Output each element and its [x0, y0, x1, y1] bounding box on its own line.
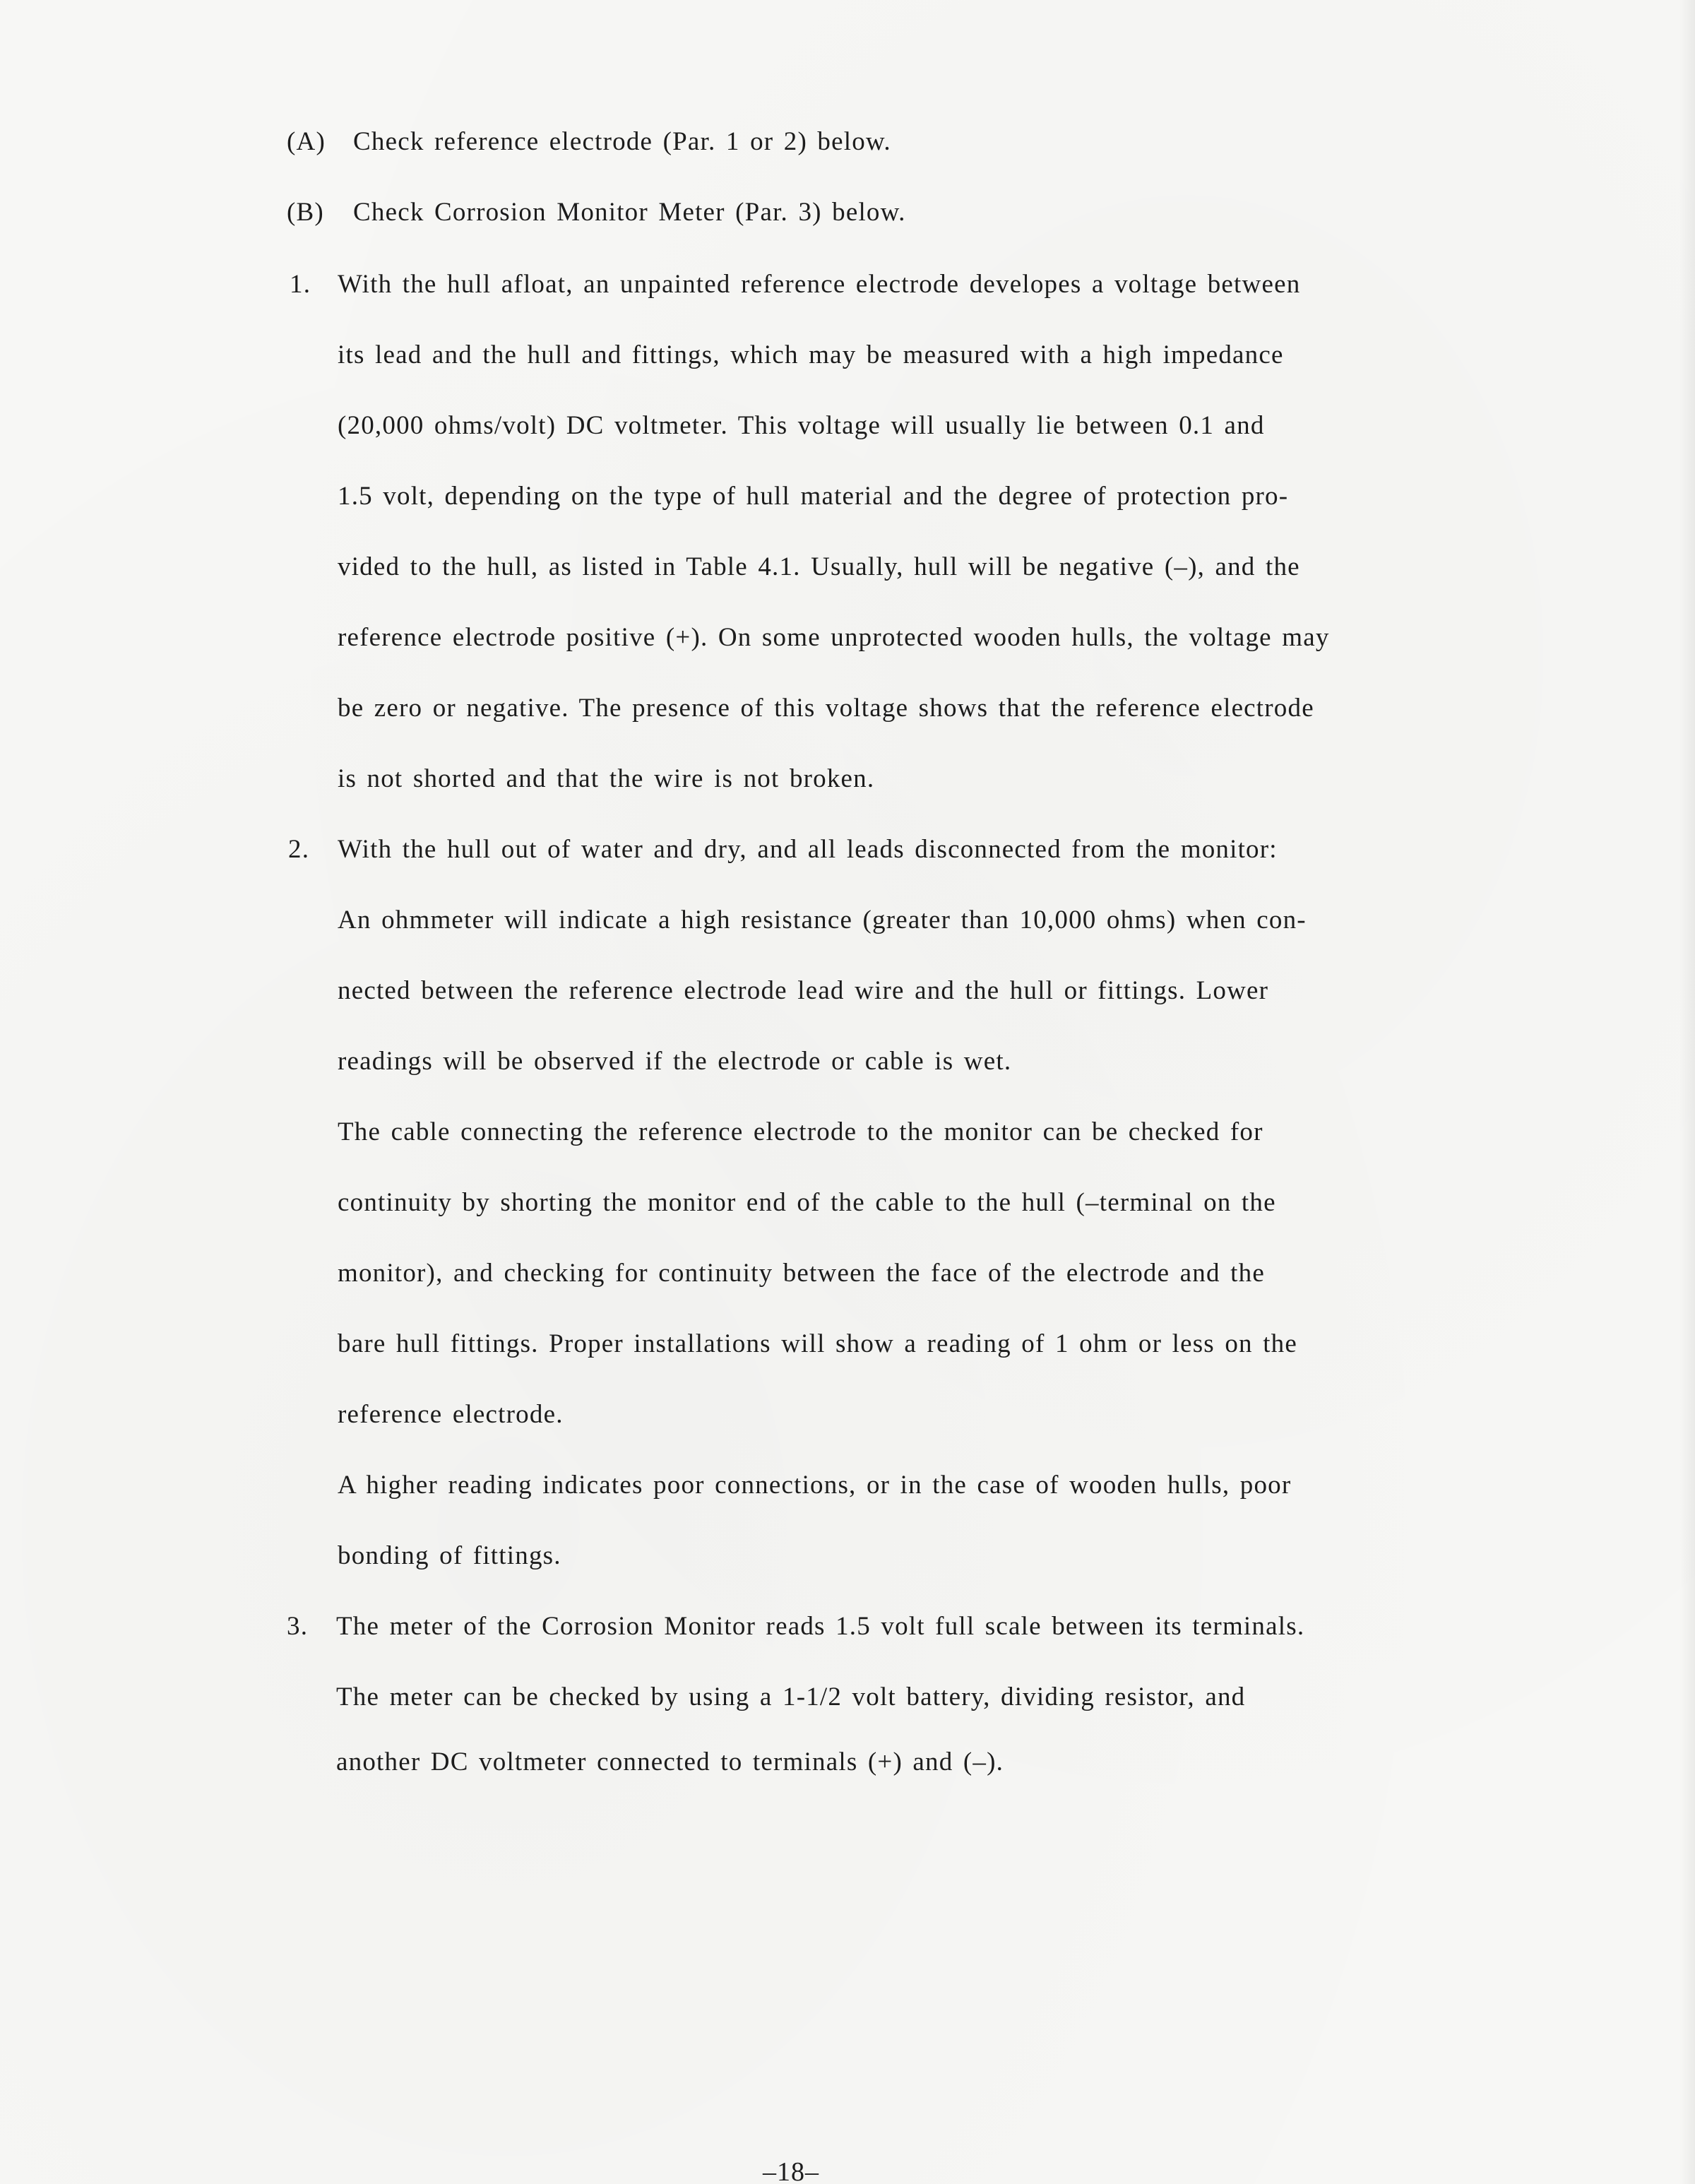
item-2-line: bonding of fittings.	[338, 1538, 561, 1574]
item-number-2: 2.	[288, 832, 309, 867]
item-2-line: readings will be observed if the electro…	[338, 1044, 1011, 1079]
item-2-line: A higher reading indicates poor connecti…	[338, 1468, 1291, 1503]
step-text-a: Check reference electrode (Par. 1 or 2) …	[353, 124, 891, 160]
item-2-line: An ohmmeter will indicate a high resista…	[338, 903, 1307, 938]
item-3-line: The meter of the Corrosion Monitor reads…	[336, 1609, 1304, 1644]
item-number-3: 3.	[287, 1609, 308, 1644]
item-1-line: With the hull afloat, an unpainted refer…	[338, 267, 1300, 302]
item-1-line: vided to the hull, as listed in Table 4.…	[338, 550, 1300, 585]
item-2-line: The cable connecting the reference elect…	[338, 1115, 1263, 1150]
step-label-b: (B)	[287, 195, 324, 230]
page-number: –18–	[763, 2154, 819, 2184]
item-1-line: 1.5 volt, depending on the type of hull …	[338, 479, 1288, 514]
step-label-a: (A)	[287, 124, 326, 160]
item-1-line: be zero or negative. The presence of thi…	[338, 691, 1314, 726]
item-2-line: reference electrode.	[338, 1397, 564, 1432]
item-1-line: reference electrode positive (+). On som…	[338, 620, 1330, 655]
item-1-line: is not shorted and that the wire is not …	[338, 761, 874, 797]
scanned-page: (A) Check reference electrode (Par. 1 or…	[0, 0, 1695, 2184]
item-2-line: nected between the reference electrode l…	[338, 973, 1268, 1009]
page-edge-shadow	[1679, 0, 1695, 2184]
item-2-line: bare hull fittings. Proper installations…	[338, 1327, 1297, 1362]
item-2-line: With the hull out of water and dry, and …	[338, 832, 1278, 867]
item-number-1: 1.	[290, 267, 311, 302]
item-2-line: continuity by shorting the monitor end o…	[338, 1185, 1276, 1221]
step-text-b: Check Corrosion Monitor Meter (Par. 3) b…	[353, 195, 906, 230]
item-2-line: monitor), and checking for continuity be…	[338, 1256, 1265, 1291]
item-1-line: (20,000 ohms/volt) DC voltmeter. This vo…	[338, 408, 1265, 444]
item-1-line: its lead and the hull and fittings, whic…	[338, 338, 1284, 373]
item-3-line: The meter can be checked by using a 1-1/…	[336, 1680, 1245, 1715]
item-3-line: another DC voltmeter connected to termin…	[336, 1745, 1004, 1780]
